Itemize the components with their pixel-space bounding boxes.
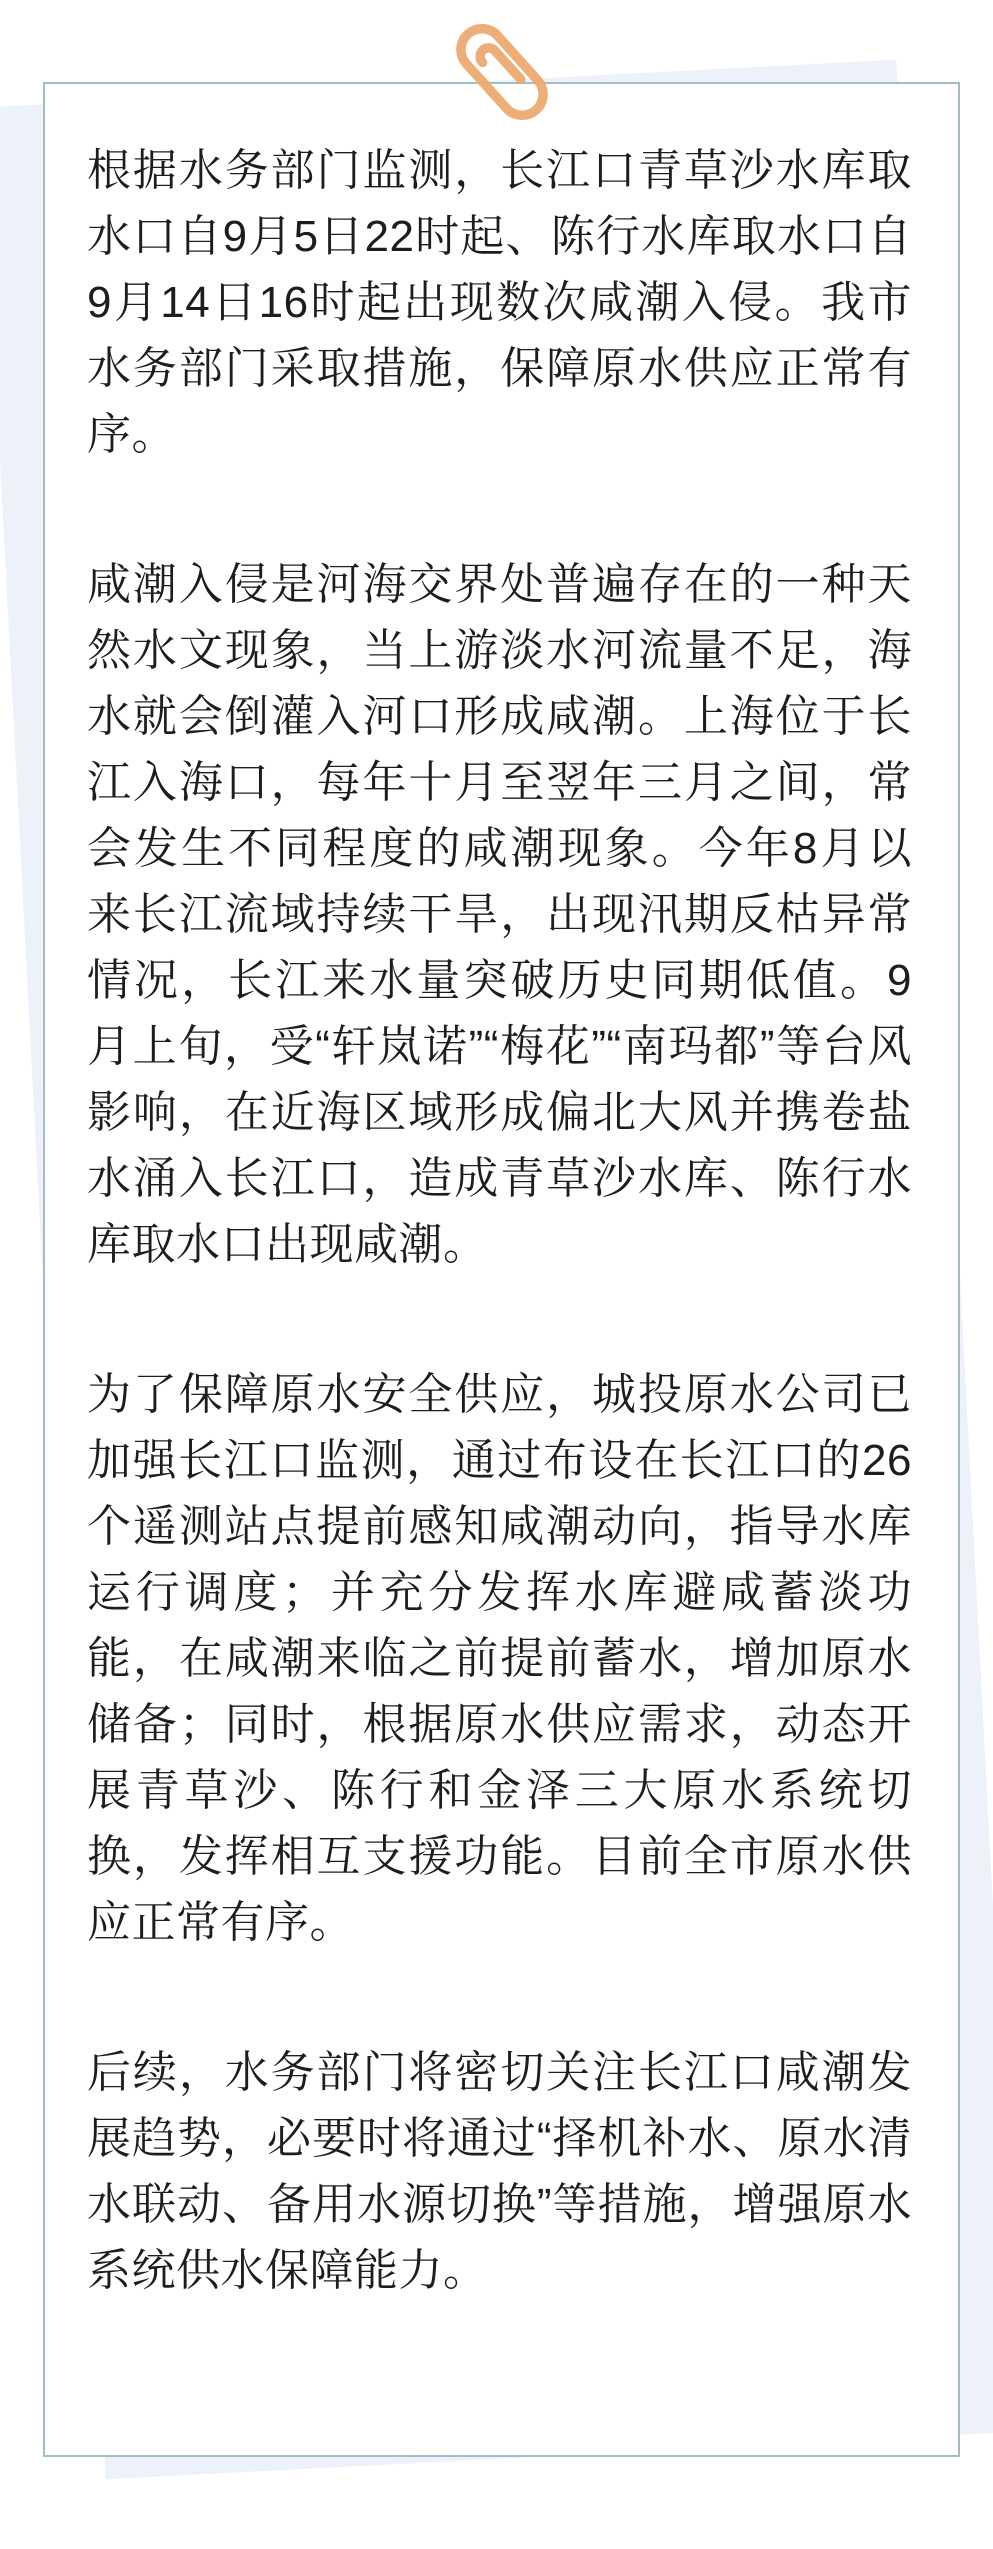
article-page: 根据水务部门监测，长江口青草沙水库取水口自9月5日22时起、陈行水库取水口自9月… bbox=[0, 0, 993, 2549]
paragraph: 为了保障原水安全供应，城投原水公司已加强长江口监测，通过布设在长江口的26个遥测… bbox=[87, 1362, 912, 1956]
paragraph: 根据水务部门监测，长江口青草沙水库取水口自9月5日22时起、陈行水库取水口自9月… bbox=[87, 138, 912, 468]
article-body: 根据水务部门监测，长江口青草沙水库取水口自9月5日22时起、陈行水库取水口自9月… bbox=[45, 84, 958, 2455]
article-card: 根据水务部门监测，长江口青草沙水库取水口自9月5日22时起、陈行水库取水口自9月… bbox=[43, 82, 960, 2457]
paperclip-icon bbox=[444, 14, 560, 130]
paragraph: 后续，水务部门将密切关注长江口咸潮发展趋势，必要时将通过“择机补水、原水清水联动… bbox=[87, 2040, 912, 2304]
paragraph: 咸潮入侵是河海交界处普遍存在的一种天然水文现象，当上游淡水河流量不足，海水就会倒… bbox=[87, 552, 912, 1278]
